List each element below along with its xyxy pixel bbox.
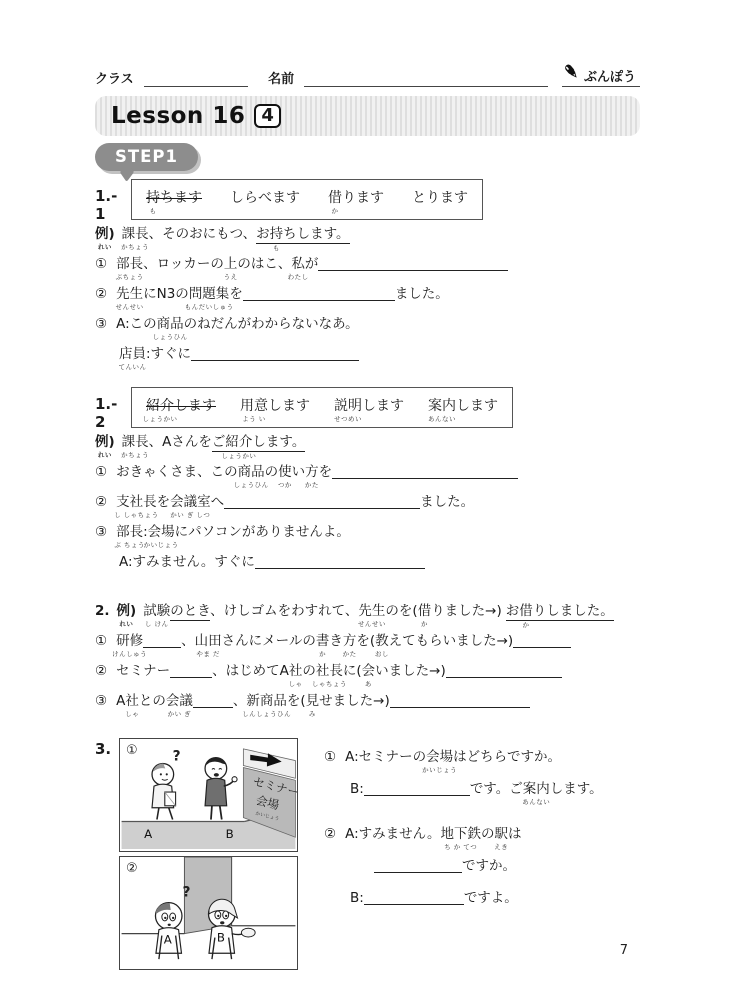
text-segment: 会あ [362, 663, 376, 679]
text-segment: ですよ。 [464, 890, 518, 906]
question-1-1-3-answer: 店員てんいん:すぐに [95, 346, 640, 373]
furigana: しょうかい [221, 452, 256, 460]
furigana: かちょう [121, 243, 149, 251]
text-segment: 借か [418, 603, 432, 619]
furigana: れい [119, 620, 133, 628]
text-segment: 例)れい [117, 603, 137, 619]
text-segment: ました。 [395, 286, 449, 302]
text-segment: を [157, 494, 171, 510]
text-segment: を( [287, 693, 306, 709]
furigana: せつめい [334, 415, 362, 423]
text-segment: 、そのおにもつ、 [149, 226, 256, 242]
panel-2-illustration: ? [120, 857, 297, 967]
furigana: かた [305, 481, 319, 489]
section-1-1-header: 1.- 1 持もちますしらべます借かりますとります [95, 179, 640, 223]
text-segment: 社長しゃちょう [316, 663, 343, 679]
text-segment: 会議室かい ぎ しつ [170, 494, 211, 510]
text-segment: します。 [550, 781, 603, 797]
furigana: かちょう [121, 451, 149, 459]
text-segment: :すぐに [146, 346, 191, 362]
illustration-panels: ① セミナー 会場 かいじょう ? [119, 738, 298, 974]
text-segment: 、ロッカーの [143, 256, 224, 272]
text-segment: A:この [116, 316, 157, 332]
furigana: かい ぎ しつ [170, 511, 210, 519]
header-row: クラス 名前 ぶんぽう [95, 62, 640, 87]
text-segment: 借か [519, 603, 533, 621]
brand-label: ぶんぽう [584, 66, 636, 85]
text-segment: 会議かい ぎ [166, 693, 193, 709]
text-segment: 例)れい [95, 226, 115, 242]
text-segment: さんにメールの [222, 633, 316, 649]
worksheet-page: クラス 名前 ぶんぽう [0, 0, 729, 1005]
text-segment: を [319, 464, 333, 480]
question-1-2-3-answer: A:すみません。すぐに [95, 554, 640, 581]
text-segment: のはこ、 [237, 256, 291, 272]
text-segment: 案内あんない [428, 398, 456, 414]
furigana: やま だ [196, 650, 220, 658]
brand-badge: ぶんぽう [562, 62, 640, 87]
section-3: 3. ① セミナー 会場 [95, 738, 640, 974]
text-segment: 案内あんない [523, 781, 550, 797]
answer-blank [170, 663, 212, 678]
pencil-icon [562, 62, 581, 85]
word-bank-1-1: 持もちますしらべます借かりますとります [131, 179, 483, 220]
text-segment: ① [324, 749, 336, 765]
question-1-2-2: ②支社長し しゃちょうを会議室かい ぎ しつへました。 [95, 494, 640, 521]
furigana: ぶ ちょう [114, 541, 145, 549]
text-segment: B: [350, 781, 364, 797]
furigana: し けん [145, 620, 169, 628]
text-segment: 見み [306, 693, 320, 709]
furigana: かい ぎ [168, 710, 192, 718]
text-segment: 私わたし [291, 256, 305, 272]
text-segment: 先生せんせい [358, 603, 385, 619]
text-segment: いました→) [375, 663, 446, 679]
text-segment: 社しゃ [289, 663, 303, 679]
text-segment: 研修けんしゅう [116, 633, 143, 649]
furigana: も [273, 244, 280, 252]
step-badge: STEP1 [95, 143, 198, 171]
text-segment: 試験し けん [143, 603, 170, 619]
furigana: うえ [224, 273, 238, 281]
text-segment: に( [343, 663, 362, 679]
text-segment: ですか。 [462, 858, 516, 874]
text-segment: にパソコンがありませんよ。 [175, 524, 350, 540]
lesson-title-bar: Lesson 16 4 [95, 96, 640, 136]
answer-blank [513, 633, 571, 648]
text-segment: との [139, 693, 166, 709]
example-line-1-2: 例)れい課長かちょう、Aさんをご紹介しょうかいします。 [95, 434, 640, 461]
furigana: あ [365, 680, 372, 688]
text-segment: A:すみません。 [345, 826, 440, 842]
lesson-number-box: 4 [254, 104, 281, 128]
furigana: てんいん [119, 363, 147, 371]
text-segment: ③ [95, 524, 107, 540]
panel-1-number: ① [126, 743, 138, 758]
text-segment: 2. [95, 603, 110, 619]
section-1-1-label: 1.- 1 [95, 179, 131, 223]
class-label: クラス [95, 68, 134, 87]
text-segment: 支社長し しゃちょう [116, 494, 157, 510]
text-segment: い [292, 464, 306, 480]
panel-2-person-a-label: A [164, 932, 172, 946]
furigana: しょうかい [143, 415, 178, 423]
text-segment: の [265, 464, 279, 480]
text-segment: 部長ぶちょう [116, 256, 143, 272]
page-number: 7 [620, 943, 628, 958]
text-segment: ② [95, 663, 107, 679]
text-segment: のねだんがわからないなあ。 [184, 316, 359, 332]
text-segment: 使つか [278, 464, 292, 480]
text-segment: します [174, 398, 216, 414]
text-segment: りました→) [431, 603, 502, 619]
example-line-2: 2.例)れい試験し けんのとき、けしゴムをわすれて、先生せんせいのを(借かりまし… [95, 603, 640, 630]
question-2-2: ②セミナー、はじめてA社しゃの社長しゃちょうに(会あいました→) [95, 663, 640, 690]
furigana: かいじょう [144, 541, 179, 549]
text-segment: 商品しょうひん [157, 316, 184, 332]
furigana: あんない [522, 798, 550, 806]
text-segment: 課長かちょう [122, 226, 149, 242]
text-segment: 社しゃ [125, 693, 139, 709]
text-segment: 持も [146, 190, 160, 206]
text-segment: します。 [252, 434, 305, 452]
dialogue-2-a-continued: ですか。 [324, 858, 603, 885]
text-segment: ります [342, 190, 384, 206]
furigana: せんせい [116, 303, 144, 311]
furigana: し しゃちょう [114, 511, 159, 519]
furigana: も [150, 207, 157, 215]
text-segment: き [329, 633, 343, 649]
text-segment: 、はじめてA [212, 663, 289, 679]
furigana: しんしょうひん [242, 710, 291, 718]
text-segment: 店員てんいん [119, 346, 146, 362]
text-segment: ご [212, 434, 226, 452]
text-segment: 山田やま だ [195, 633, 222, 649]
answer-blank [364, 890, 464, 905]
text-segment: せました→) [319, 693, 390, 709]
panel-1-person-b-label: B [226, 827, 234, 841]
text-segment: 、けしゴムをわすれて、 [210, 603, 358, 619]
text-segment: します [456, 398, 498, 414]
furigana: つか [278, 481, 292, 489]
furigana: おし [375, 650, 389, 658]
text-segment: します [362, 398, 404, 414]
text-segment: 持も [270, 226, 284, 244]
furigana: かいじょう [422, 766, 457, 774]
text-segment: 方かた [343, 633, 357, 649]
text-segment: ② [95, 494, 107, 510]
text-segment: 課長かちょう [122, 434, 149, 450]
text-segment: 、 [181, 633, 195, 649]
question-2-3: ③A社しゃとの会議かい ぎ、新商品しんしょうひんを(見みせました→) [95, 693, 640, 720]
text-segment: 用意よう い [240, 398, 268, 414]
dialogue-1-a: ①A:セミナーの会場かいじょうはどちらですか。 [324, 749, 603, 776]
text-segment: 商品しょうひん [238, 464, 265, 480]
text-segment: 説明せつめい [334, 398, 362, 414]
text-segment: ① [95, 633, 107, 649]
question-2-1: ①研修けんしゅう、山田やま ださんにメールの書かき方かたを(教おしえてもらいまし… [95, 633, 640, 660]
panel-1-person-a-label: A [144, 827, 152, 841]
question-1-2-1: ①おきゃくさま、この商品しょうひんの使つかい方かたを [95, 464, 640, 491]
text-segment: 、Aさんを [149, 434, 212, 450]
text-segment: します [268, 398, 310, 414]
text-segment: 問題集もんだいしゅう [189, 286, 230, 302]
furigana: しゃ [125, 710, 139, 718]
illustration-panel-1: ① セミナー 会場 かいじょう ? [119, 738, 298, 852]
text-segment: は [508, 826, 522, 842]
furigana: か [332, 207, 339, 215]
furigana: か [319, 650, 326, 658]
text-segment: えてもらいました→) [389, 633, 514, 649]
furigana: もんだいしゅう [185, 303, 234, 311]
furigana: れい [98, 451, 112, 459]
text-segment: 先生せんせい [116, 286, 143, 302]
illustration-panel-2: ② ? [119, 856, 298, 970]
question-1-1-1: ①部長ぶちょう、ロッカーの上うえのはこ、私わたしが [95, 256, 640, 283]
name-label: 名前 [268, 68, 294, 87]
text-segment: はどちらですか。 [453, 749, 561, 765]
class-blank-line [144, 72, 249, 87]
panel-2-question-mark: ? [182, 884, 190, 900]
lesson-title: Lesson 16 [111, 103, 245, 129]
answer-blank [143, 633, 181, 648]
text-segment: を( [356, 633, 375, 649]
text-segment: ② [95, 286, 107, 302]
text-segment: 方かた [305, 464, 319, 480]
panel-1-illustration: セミナー 会場 かいじょう ? [120, 739, 297, 849]
word-bank-1-2: 紹介しょうかいします用意よう いします説明せつめいします案内あんないします [131, 387, 513, 428]
text-segment: おきゃくさま、この [116, 464, 238, 480]
text-segment: A:すみません。すぐに [119, 554, 255, 570]
text-segment: を [229, 286, 243, 302]
dialogue-column: ①A:セミナーの会場かいじょうはどちらですか。 B:です。ご案内あんないします。… [324, 738, 603, 974]
furigana: えき [494, 843, 508, 851]
text-segment: お [506, 603, 520, 621]
answer-blank [332, 464, 518, 479]
text-segment: 駅えき [494, 826, 508, 842]
page-content: クラス 名前 ぶんぽう [95, 62, 640, 974]
question-1-1-3: ③A:この商品しょうひんのねだんがわからないなあ。 [95, 316, 640, 343]
text-segment: 会場かいじょう [426, 749, 453, 765]
section-1-2-header: 1.- 2 紹介しょうかいします用意よう いします説明せつめいします案内あんない… [95, 387, 640, 431]
text-segment: 、 [233, 693, 247, 709]
text-segment: のを( [385, 603, 417, 619]
furigana: か [523, 621, 530, 629]
text-segment: ちます [160, 190, 202, 206]
text-segment: セミナー [116, 663, 170, 679]
text-segment: のとき [170, 603, 210, 621]
furigana: ぶちょう [116, 273, 144, 281]
text-segment: 上うえ [224, 256, 238, 272]
answer-blank [224, 494, 420, 509]
text-segment: 地下鉄ち か てつ [440, 826, 481, 842]
dialogue-2-a: ②A:すみません。地下鉄ち か てつの駅えきは [324, 826, 603, 853]
section-2: 2.例)れい試験し けんのとき、けしゴムをわすれて、先生せんせいのを(借かりまし… [95, 603, 640, 720]
furigana: か [421, 620, 428, 628]
answer-blank [193, 693, 233, 708]
furigana: しょうひん [234, 481, 269, 489]
text-segment: ちします。 [283, 226, 349, 244]
answer-blank [318, 256, 508, 271]
text-segment: A [116, 693, 125, 709]
section-3-label: 3. [95, 738, 117, 974]
text-segment: しらべます [230, 190, 300, 206]
answer-blank [255, 554, 425, 569]
text-segment: が [305, 256, 319, 272]
text-segment: とります [412, 190, 468, 206]
furigana: かた [343, 650, 357, 658]
furigana: わたし [288, 273, 309, 281]
dialogue-1-b: B:です。ご案内あんないします。 [324, 781, 603, 808]
text-segment: です。ご [470, 781, 523, 797]
text-segment: A:セミナーの [345, 749, 426, 765]
furigana: しゃ [289, 680, 303, 688]
text-segment: 書か [316, 633, 330, 649]
text-segment: 教おし [375, 633, 389, 649]
panel-2-number: ② [126, 861, 138, 876]
text-segment: 会場かいじょう [148, 524, 175, 540]
text-segment: ③ [95, 316, 107, 332]
text-segment: りしました。 [533, 603, 614, 621]
question-1-2-3: ③部長ぶ ちょう:会場かいじょうにパソコンがありませんよ。 [95, 524, 640, 551]
dialogue-2-b: B:ですよ。 [324, 890, 603, 917]
furigana: れい [98, 243, 112, 251]
text-segment: ① [95, 464, 107, 480]
example-line-1-1: 例)れい課長かちょう、そのおにもつ、お持もちします。 [95, 226, 640, 253]
panel-2-person-b-label: B [217, 930, 225, 944]
text-segment: B: [350, 890, 364, 906]
text-segment: へ [211, 494, 225, 510]
answer-blank [390, 693, 530, 708]
text-segment: 新商品しんしょうひん [246, 693, 287, 709]
text-segment: ② [324, 826, 336, 842]
text-segment: の [302, 663, 316, 679]
question-1-1-2: ②先生せんせいにN3の問題集もんだいしゅうをました。 [95, 286, 640, 313]
text-segment: の [481, 826, 495, 842]
furigana: せんせい [358, 620, 386, 628]
furigana: あんない [428, 415, 456, 423]
furigana: けんしゅう [112, 650, 147, 658]
furigana: よう い [242, 415, 266, 423]
section-1-2-label: 1.- 2 [95, 387, 131, 431]
text-segment: お [256, 226, 270, 244]
text-segment: 例)れい [95, 434, 115, 450]
text-segment: 紹介しょうかい [225, 434, 252, 452]
furigana: ち か てつ [444, 843, 477, 851]
name-blank-line [304, 72, 548, 87]
text-segment: 借か [328, 190, 342, 206]
text-segment: にN3の [143, 286, 189, 302]
text-segment: ① [95, 256, 107, 272]
panel-1-question-mark: ? [173, 749, 181, 765]
furigana: み [309, 710, 316, 718]
answer-blank [364, 781, 470, 796]
answer-blank [446, 663, 562, 678]
text-segment: ました。 [420, 494, 474, 510]
text-segment: ③ [95, 693, 107, 709]
answer-blank [243, 286, 395, 301]
furigana: しゃちょう [312, 680, 347, 688]
text-segment: 部長ぶ ちょう [116, 524, 143, 540]
answer-blank [191, 346, 359, 361]
text-segment: 紹介しょうかい [146, 398, 174, 414]
answer-blank [374, 858, 462, 873]
furigana: しょうひん [153, 333, 188, 341]
